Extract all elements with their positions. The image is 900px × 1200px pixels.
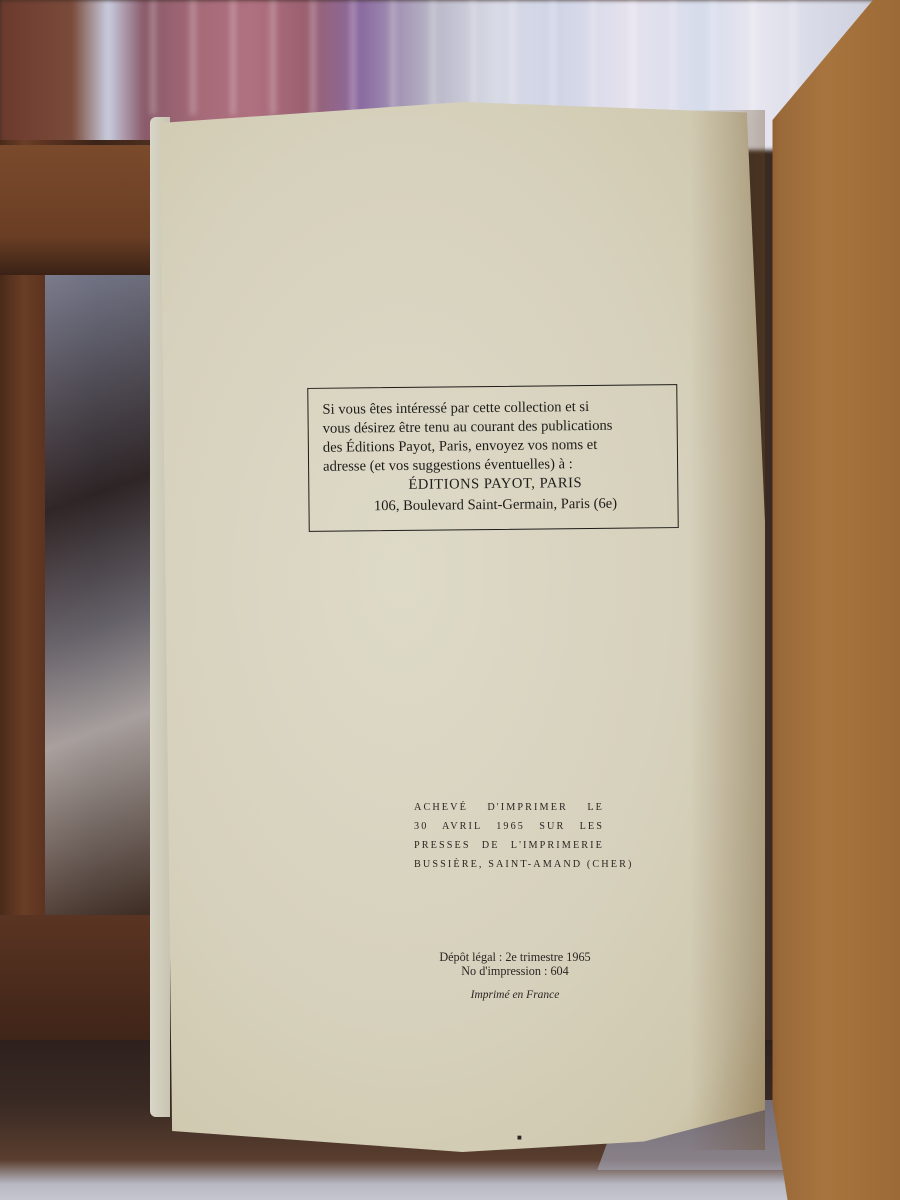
stand-opening [45,275,150,915]
publisher-notice-box: Si vous êtes intéressé par cette collect… [307,384,678,532]
printing-colophon: Achevé d'imprimer le 30 avril 1965 sur l… [414,798,604,874]
colophon-line: Achevé d'imprimer le [414,798,604,817]
legal-deposit: Dépôt légal : 2e trimestre 1965 [380,950,650,964]
impression-number: No d'impression : 604 [380,964,650,978]
publisher-name: ÉDITIONS PAYOT, PARIS [323,473,667,496]
colophon-line: Bussière, Saint-Amand (Cher) [414,855,604,874]
stand-top-rail [0,145,150,275]
colophon-line: 30 avril 1965 sur les [414,817,604,836]
stand-bottom-rail [0,915,160,1045]
book-spines [150,0,800,115]
printed-in: Imprimé en France [380,988,650,1002]
legal-deposit-info: Dépôt légal : 2e trimestre 1965 No d'imp… [380,950,650,1002]
colophon-line: presses de l'imprimerie [414,836,604,855]
signature-mark: ■ [517,1133,522,1142]
book-cover-right [750,0,900,1200]
publisher-address: 106, Boulevard Saint-Germain, Paris (6e) [323,494,667,517]
